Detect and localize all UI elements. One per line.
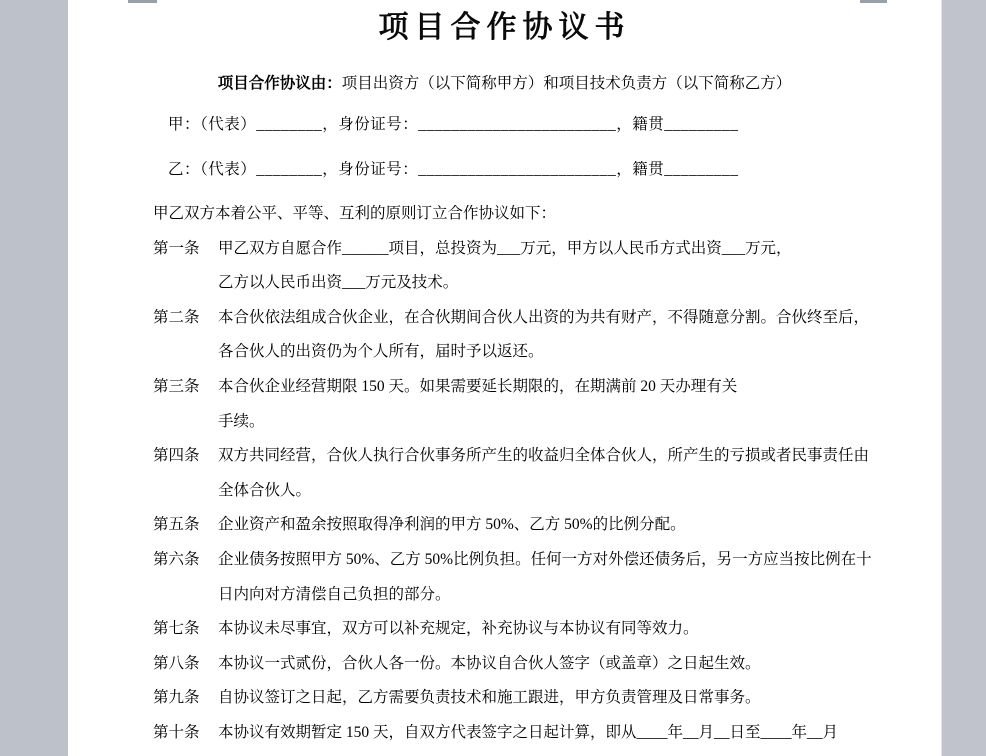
clause-text: 自协议签订之日起，乙方需要负责技术和施工跟进，甲方负责管理及日常事务。 [218, 681, 913, 716]
clause-row: 第二条 本合伙依法组成合伙企业，在合伙期间合伙人出资的为共有财产，不得随意分割。… [153, 301, 913, 370]
clause-text: 本合伙依法组成合伙企业，在合伙期间合伙人出资的为共有财产，不得随意分割。合伙终至… [218, 301, 913, 370]
clause-text: 甲乙双方自愿合作______项目，总投资为___万元，甲方以人民币方式出资___… [218, 232, 913, 301]
clause-text: 企业债务按照甲方 50%、乙方 50%比例负担。任何一方对外偿还债务后，另一方应… [218, 543, 913, 612]
clause-row: 第四条 双方共同经营，合伙人执行合伙事务所产生的收益归全体合伙人，所产生的亏损或… [153, 439, 913, 508]
clause-text: 本协议一式贰份，合伙人各一份。本协议自合伙人签字（或盖章）之日起生效。 [218, 647, 913, 682]
clause-label: 第七条 [153, 612, 200, 647]
clause-row: 第五条 企业资产和盈余按照取得净利润的甲方 50%、乙方 50%的比例分配。 [153, 508, 913, 543]
clause-row: 第三条 本合伙企业经营期限 150 天。如果需要延长期限的，在期满前 20 天办… [153, 370, 913, 439]
document-title: 项目合作协议书 [68, 2, 941, 46]
clause-text: 本协议有效期暂定 150 天，自双方代表签字之日起计算，即从____年__月__… [218, 716, 913, 751]
clause-row: 第六条 企业债务按照甲方 50%、乙方 50%比例负担。任何一方对外偿还债务后，… [153, 543, 913, 612]
clause-row: 第八条 本协议一式贰份，合伙人各一份。本协议自合伙人签字（或盖章）之日起生效。 [153, 647, 913, 682]
clause-row: 第九条 自协议签订之日起，乙方需要负责技术和施工跟进，甲方负责管理及日常事务。 [153, 681, 913, 716]
clause-label: 第二条 [153, 301, 200, 336]
editor-canvas: 项目合作协议书 项目合作协议由：项目出资方（以下简称甲方）和项目技术负责方（以下… [0, 0, 986, 756]
clause-label: 第八条 [153, 647, 200, 682]
document-page[interactable]: 项目合作协议书 项目合作协议由：项目出资方（以下简称甲方）和项目技术负责方（以下… [68, 0, 942, 756]
clause-label: 第六条 [153, 543, 200, 578]
clause-text: 企业资产和盈余按照取得净利润的甲方 50%、乙方 50%的比例分配。 [218, 508, 913, 543]
clause-row: 第十条 本协议有效期暂定 150 天，自双方代表签字之日起计算，即从____年_… [153, 716, 913, 751]
window-right-gutter [942, 0, 986, 756]
clause-label: 第五条 [153, 508, 200, 543]
clause-label: 第三条 [153, 370, 200, 405]
document-body: 甲乙双方本着公平、平等、互利的原则订立合作协议如下： 第一条 甲乙双方自愿合作_… [153, 197, 913, 751]
party-a-line: 甲：（代表）________，身份证号：____________________… [168, 112, 739, 134]
clause-text: 双方共同经营，合伙人执行合伙事务所产生的收益归全体合伙人，所产生的亏损或者民事责… [218, 439, 913, 508]
intro-rest: 项目出资方（以下简称甲方）和项目技术负责方（以下简称乙方） [342, 75, 792, 92]
clause-label: 第四条 [153, 439, 200, 474]
clause-text: 本合伙企业经营期限 150 天。如果需要延长期限的，在期满前 20 天办理有关 … [218, 370, 913, 439]
intro-line: 项目合作协议由：项目出资方（以下简称甲方）和项目技术负责方（以下简称乙方） [68, 71, 941, 93]
intro-lead: 项目合作协议由： [218, 75, 342, 92]
clause-label: 第九条 [153, 681, 200, 716]
party-b-line: 乙：（代表）________，身份证号：____________________… [168, 157, 739, 179]
clause-label: 第十条 [153, 716, 200, 751]
clause-row: 第一条 甲乙双方自愿合作______项目，总投资为___万元，甲方以人民币方式出… [153, 232, 913, 301]
preamble: 甲乙双方本着公平、平等、互利的原则订立合作协议如下： [153, 197, 913, 232]
clause-label: 第一条 [153, 232, 200, 267]
clause-text: 本协议未尽事宜，双方可以补充规定，补充协议与本协议有同等效力。 [218, 612, 913, 647]
clause-row: 第七条 本协议未尽事宜，双方可以补充规定，补充协议与本协议有同等效力。 [153, 612, 913, 647]
